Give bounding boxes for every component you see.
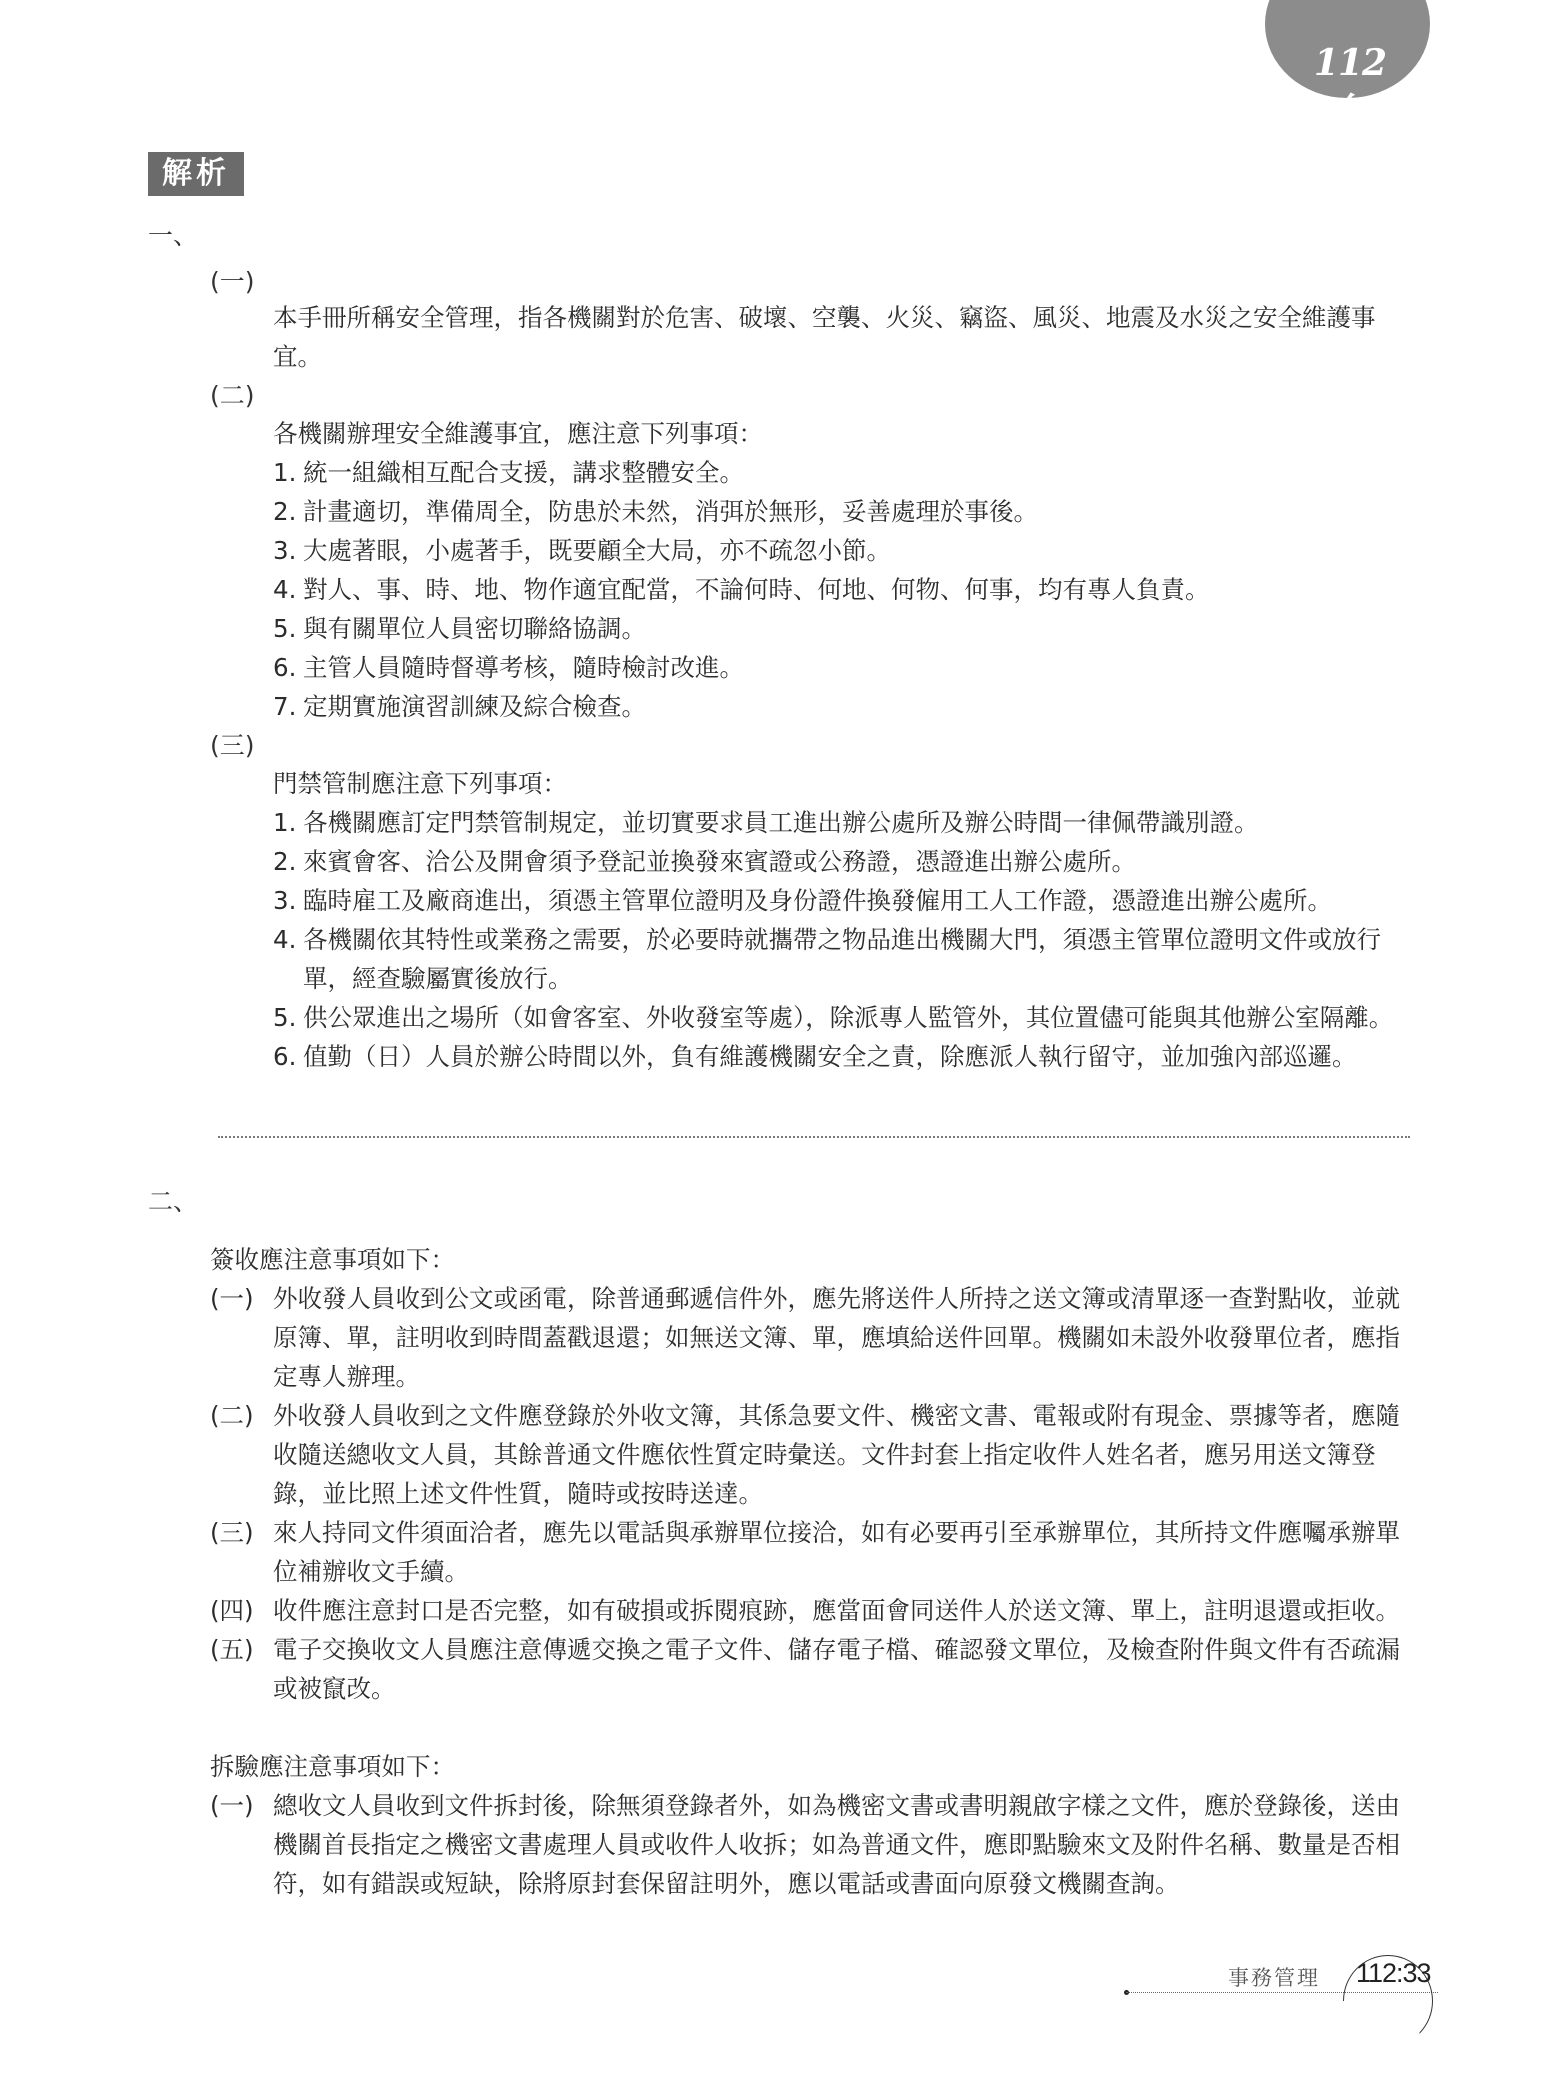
q2-receipt-list: (一)外收發人員收到公文或函電，除普通郵遞信件外，應先將送件人所持之送文簿或清單…: [210, 1279, 1410, 1708]
list-item: 1.統一組織相互配合支援，講求整體安全。: [273, 453, 1411, 492]
q2-receipt-intro: 簽收應注意事項如下：: [210, 1240, 1348, 1279]
question-1-number: 一、: [148, 216, 198, 252]
list-item: 2.計畫適切，準備周全，防患於未然，消弭於無形，妥善處理於事後。: [273, 492, 1411, 531]
list-item: (二)外收發人員收到之文件應登錄於外收文簿，其係急要文件、機密文書、電報或附有現…: [210, 1396, 1410, 1513]
page-number: 112:33: [1356, 1958, 1431, 1989]
list-item: (四)收件應注意封口是否完整，如有破損或拆閱痕跡，應當面會同送件人於送文簿、單上…: [210, 1591, 1410, 1630]
list-item: (五)電子交換收文人員應注意傳遞交換之電子文件、儲存電子檔、確認發文單位，及檢查…: [210, 1630, 1410, 1708]
year-badge-text: 112年: [1300, 42, 1400, 135]
list-item: 5.與有關單位人員密切聯絡協調。: [273, 609, 1411, 648]
list-item: (一)總收文人員收到文件拆封後，除無須登錄者外，如為機密文書或書明親啟字樣之文件…: [210, 1786, 1410, 1903]
q1-sub3-label: (三): [210, 726, 255, 762]
q2-open-intro: 拆驗應注意事項如下：: [210, 1747, 1348, 1786]
list-item: 6.主管人員隨時督導考核，隨時檢討改進。: [273, 648, 1411, 687]
list-item: 1.各機關應訂定門禁管制規定，並切實要求員工進出辦公處所及辦公時間一律佩帶識別證…: [273, 803, 1411, 842]
q1-sub1-text: 本手冊所稱安全管理，指各機關對於危害、破壞、空襲、火災、竊盜、風災、地震及水災之…: [273, 298, 1411, 376]
list-item: (三)來人持同文件須面洽者，應先以電話與承辦單位接洽，如有必要再引至承辦單位，其…: [210, 1513, 1410, 1591]
list-item: 7.定期實施演習訓練及綜合檢查。: [273, 687, 1411, 726]
list-item: 2.來賓會客、洽公及開會須予登記並換發來賓證或公務證，憑證進出辦公處所。: [273, 842, 1411, 881]
list-item: 4.對人、事、時、地、物作適宜配當，不論何時、何地、何物、何事，均有專人負責。: [273, 570, 1411, 609]
section-label: 解析: [148, 152, 244, 196]
q1-sub2-label: (二): [210, 376, 255, 412]
q1-sub3-list: 1.各機關應訂定門禁管制規定，並切實要求員工進出辦公處所及辦公時間一律佩帶識別證…: [273, 803, 1411, 1076]
q1-sub2-list: 1.統一組織相互配合支援，講求整體安全。 2.計畫適切，準備周全，防患於未然，消…: [273, 453, 1411, 726]
question-2-number: 二、: [148, 1182, 198, 1218]
q1-sub3-intro: 門禁管制應注意下列事項：: [273, 764, 1411, 803]
section-divider: [218, 1136, 1410, 1138]
list-item: (一)外收發人員收到公文或函電，除普通郵遞信件外，應先將送件人所持之送文簿或清單…: [210, 1279, 1410, 1396]
list-item: 6.值勤（日）人員於辦公時間以外，負有維護機關安全之責，除應派人執行留守，並加強…: [273, 1037, 1411, 1076]
footer-subject: 事務管理: [1228, 1962, 1320, 1992]
list-item: 3.大處著眼，小處著手，既要顧全大局，亦不疏忽小節。: [273, 531, 1411, 570]
list-item: 3.臨時雇工及廠商進出，須憑主管單位證明及身份證件換發僱用工人工作證，憑證進出辦…: [273, 881, 1411, 920]
q2-open-list: (一)總收文人員收到文件拆封後，除無須登錄者外，如為機密文書或書明親啟字樣之文件…: [210, 1786, 1410, 1903]
list-item: 4.各機關依其特性或業務之需要，於必要時就攜帶之物品進出機關大門，須憑主管單位證…: [273, 920, 1411, 998]
q1-sub1-label: (一): [210, 262, 255, 298]
list-item: 5.供公眾進出之場所（如會客室、外收發室等處），除派專人監管外，其位置儘可能與其…: [273, 998, 1411, 1037]
q1-sub2-intro: 各機關辦理安全維護事宜，應注意下列事項：: [273, 414, 1411, 453]
